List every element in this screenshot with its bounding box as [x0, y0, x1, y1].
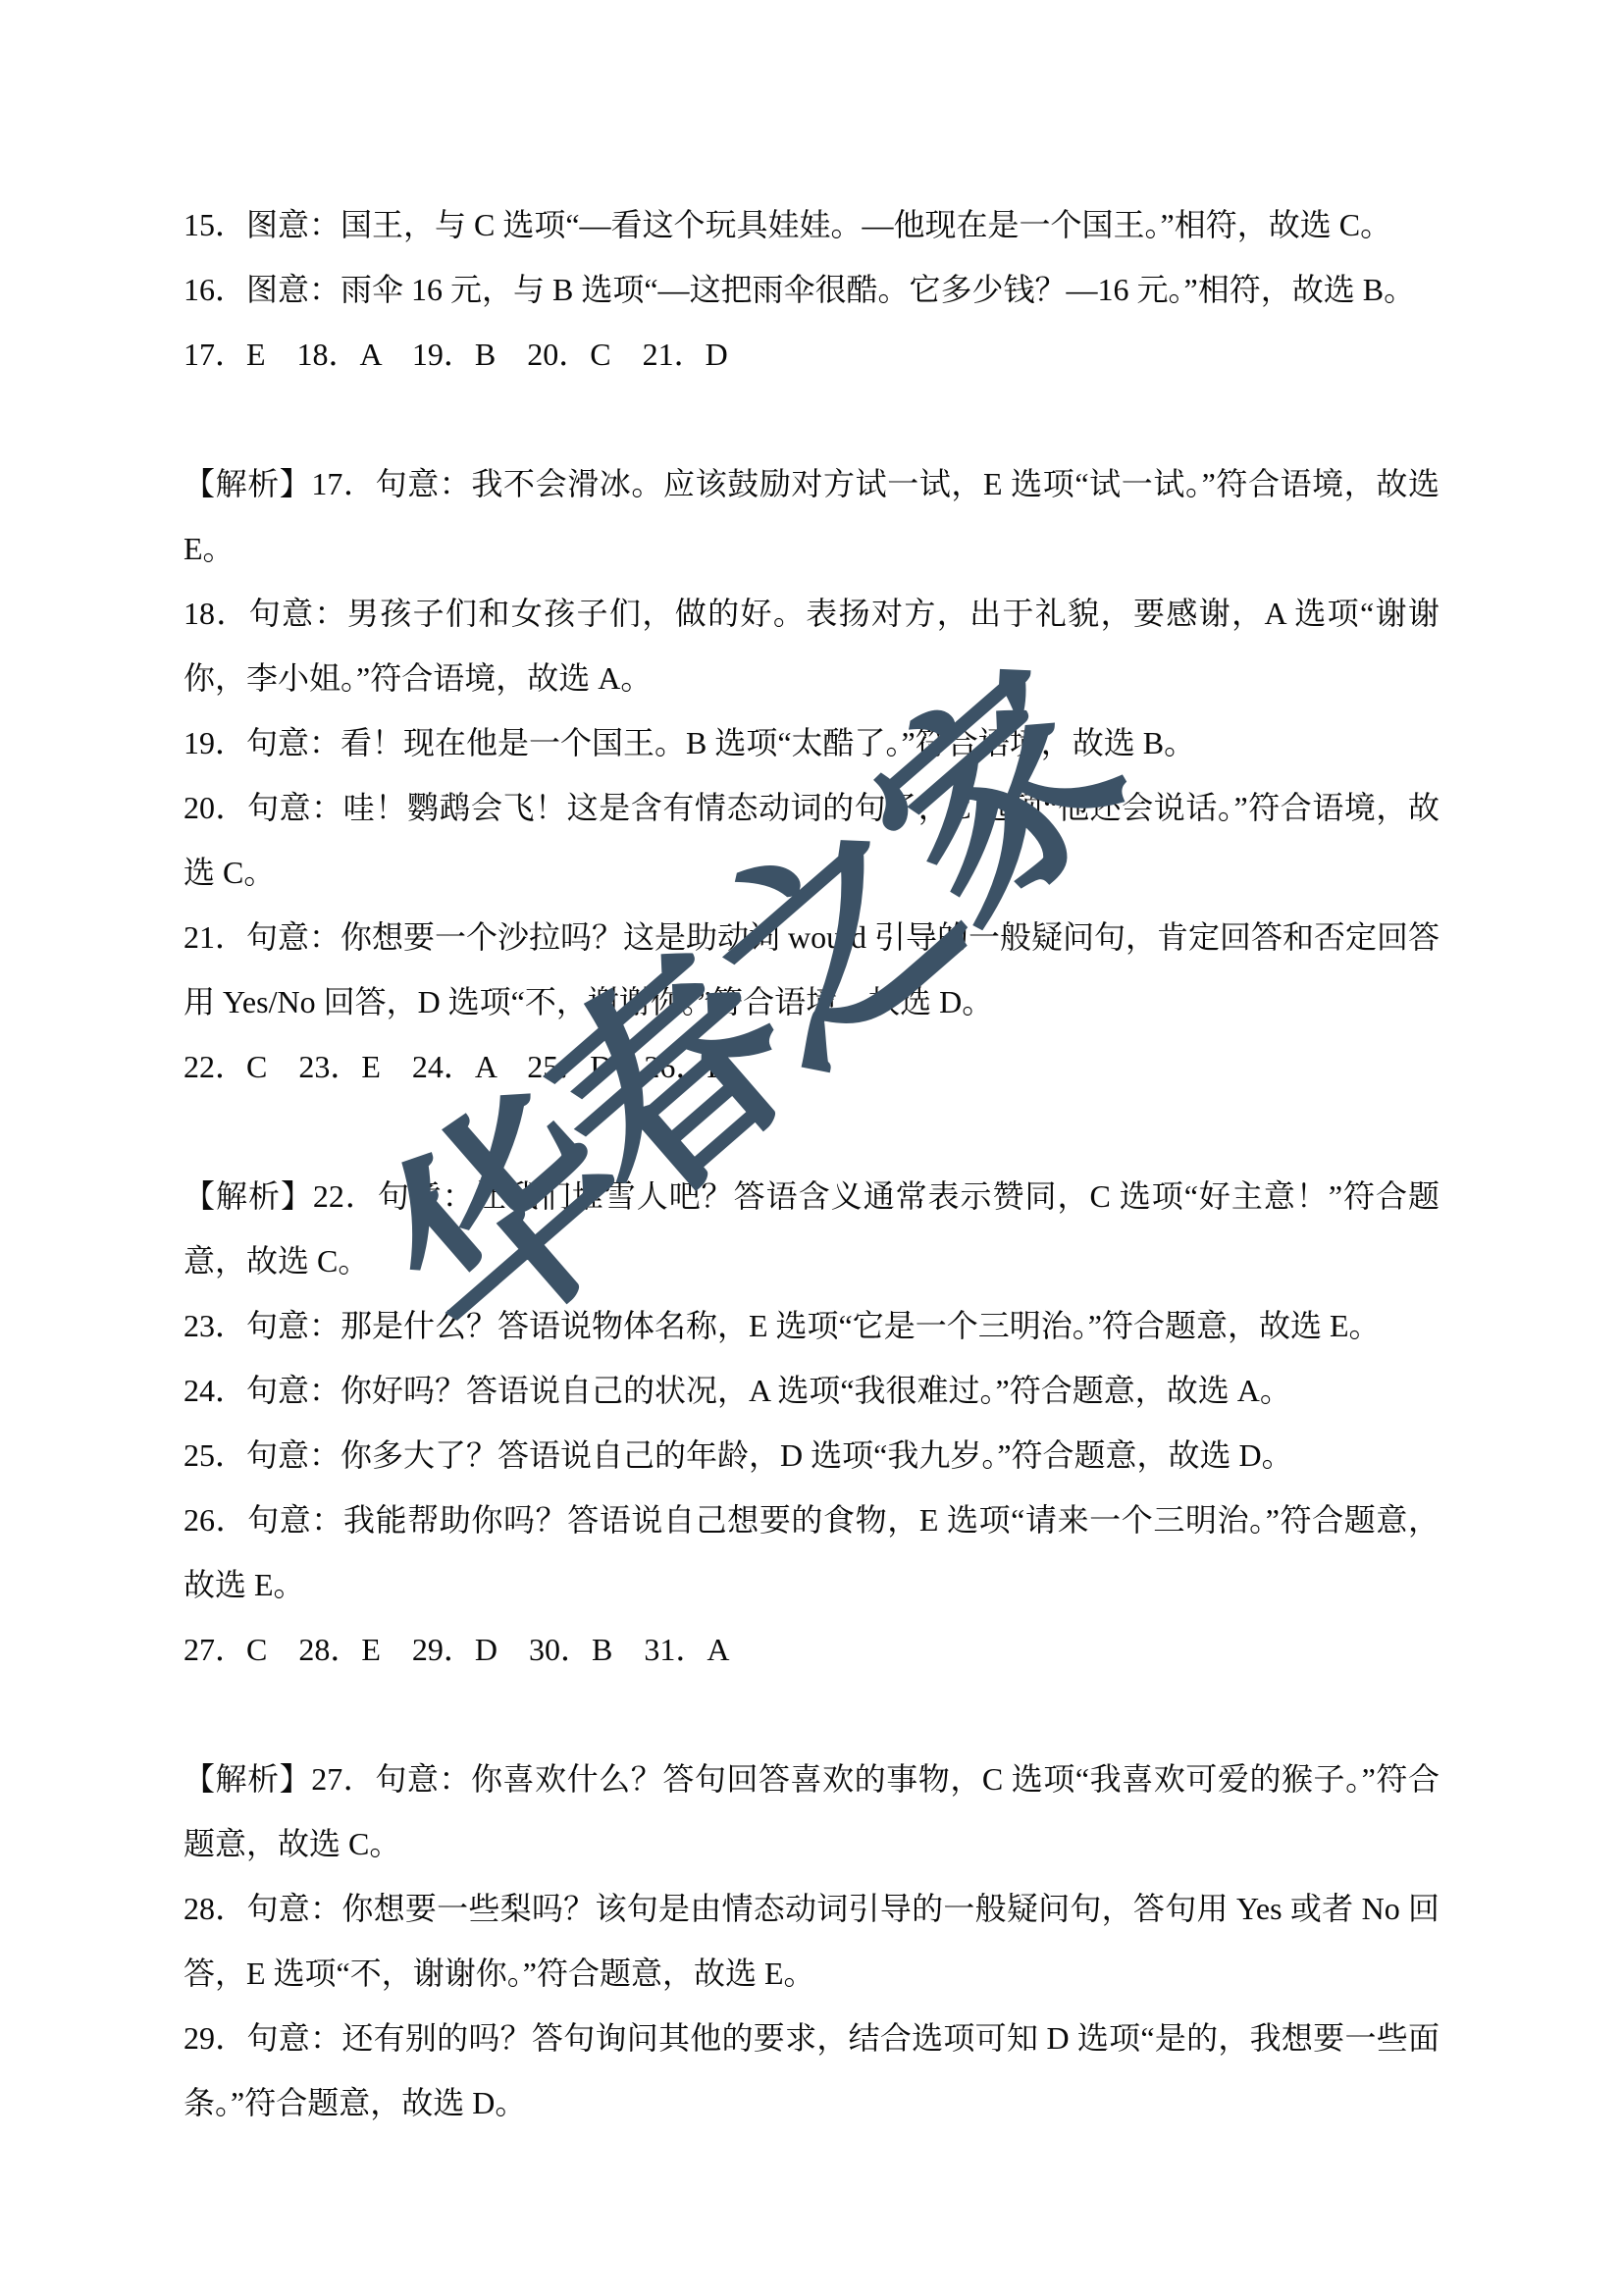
analysis-19: 19．句意：看！现在他是一个国王。B 选项“太酷了。”符合语境，故选 B。: [183, 710, 1440, 775]
analysis-21: 21．句意：你想要一个沙拉吗？这是助动词 would 引导的一般疑问句，肯定回答…: [183, 905, 1440, 1034]
analysis-25: 25．句意：你多大了？答语说自己的年龄，D 选项“我九岁。”符合题意，故选 D。: [183, 1423, 1440, 1487]
analysis-20: 20．句意：哇！鹦鹉会飞！这是含有情态动词的句子，C 选项“他还会说话。”符合语…: [183, 775, 1440, 905]
answer-line-15: 15．图意：国王，与 C 选项“—看这个玩具娃娃。—他现在是一个国王。”相符，故…: [183, 192, 1440, 257]
document-page: 15．图意：国王，与 C 选项“—看这个玩具娃娃。—他现在是一个国王。”相符，故…: [0, 0, 1623, 2296]
analysis-27: 【解析】27．句意：你喜欢什么？答句回答喜欢的事物，C 选项“我喜欢可爱的猴子。…: [183, 1747, 1440, 1876]
analysis-29: 29．句意：还有别的吗？答句询问其他的要求，结合选项可知 D 选项“是的，我想要…: [183, 2006, 1440, 2135]
analysis-22: 【解析】22．句意：让我们堆雪人吧？答语含义通常表示赞同，C 选项“好主意！”符…: [183, 1164, 1440, 1293]
answer-row-27-31: 27．C 28．E 29．D 30．B 31．A: [183, 1617, 1440, 1682]
answer-key-text-block: 15．图意：国王，与 C 选项“—看这个玩具娃娃。—他现在是一个国王。”相符，故…: [183, 192, 1440, 2135]
analysis-17: 【解析】17．句意：我不会滑冰。应该鼓励对方试一试，E 选项“试一试。”符合语境…: [183, 451, 1440, 581]
answer-line-16: 16．图意：雨伞 16 元，与 B 选项“—这把雨伞很酷。它多少钱？—16 元。…: [183, 257, 1440, 322]
analysis-23: 23．句意：那是什么？答语说物体名称，E 选项“它是一个三明治。”符合题意，故选…: [183, 1293, 1440, 1358]
answer-row-22-26: 22．C 23．E 24．A 25．D 26．B: [183, 1034, 1440, 1099]
analysis-26: 26．句意：我能帮助你吗？答语说自己想要的食物，E 选项“请来一个三明治。”符合…: [183, 1487, 1440, 1617]
analysis-24: 24．句意：你好吗？答语说自己的状况，A 选项“我很难过。”符合题意，故选 A。: [183, 1358, 1440, 1423]
analysis-18: 18．句意：男孩子们和女孩子们，做的好。表扬对方，出于礼貌，要感谢，A 选项“谢…: [183, 581, 1440, 710]
answer-row-17-21: 17．E 18．A 19．B 20．C 21．D: [183, 322, 1440, 387]
analysis-28: 28．句意：你想要一些梨吗？该句是由情态动词引导的一般疑问句，答句用 Yes 或…: [183, 1876, 1440, 2006]
